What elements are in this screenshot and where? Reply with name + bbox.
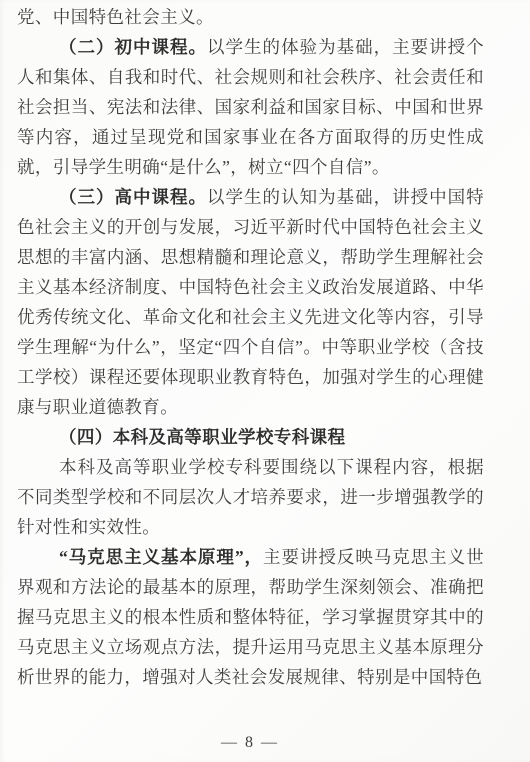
paragraph-body-text: 以学生的体验为基础，主要讲授个人和集体、自我和时代、社会规则和社会秩序、社会责任… [17, 37, 484, 177]
paragraph-heading-text: （四）本科及高等职业学校专科课程 [59, 427, 345, 447]
document-page: 党、中国特色社会主义。（二）初中课程。以学生的体验为基础，主要讲授个人和集体、自… [0, 0, 530, 762]
paragraph-heading-undergraduate: （四）本科及高等职业学校专科课程 [17, 422, 484, 452]
paragraph-heading-text: （二）初中课程。 [59, 37, 207, 57]
page-number: — 8 — [0, 734, 500, 752]
paragraph-senior-high-course: （三）高中课程。以学生的认知为基础，讲授中国特色社会主义的开创与发展，习近平新时… [17, 182, 484, 422]
paragraph-body-text: 党、中国特色社会主义。 [17, 7, 214, 27]
paragraph-junior-middle-course: （二）初中课程。以学生的体验为基础，主要讲授个人和集体、自我和时代、社会规则和社… [17, 32, 484, 182]
paragraph-heading-text: （三）高中课程。 [59, 187, 207, 207]
paragraph-marxism-principles: “马克思主义基本原理”，主要讲授反映马克思主义世界观和方法论的最基本的原理，帮助… [17, 542, 484, 692]
paragraph-body-text: 本科及高等职业学校专科要围绕以下课程内容，根据不同类型学校和不同层次人才培养要求… [17, 457, 484, 537]
paragraph-body-text: 主要讲授反映马克思主义世界观和方法论的最基本的原理，帮助学生深刻领会、准确把握马… [17, 547, 484, 687]
paragraph-undergraduate-intro: 本科及高等职业学校专科要围绕以下课程内容，根据不同类型学校和不同层次人才培养要求… [17, 452, 484, 542]
paragraph-body-text: 以学生的认知为基础，讲授中国特色社会主义的开创与发展，习近平新时代中国特色社会主… [17, 187, 484, 417]
document-body: 党、中国特色社会主义。（二）初中课程。以学生的体验为基础，主要讲授个人和集体、自… [17, 2, 484, 692]
paragraph-continuation: 党、中国特色社会主义。 [17, 2, 484, 32]
paragraph-heading-text: “马克思主义基本原理”， [59, 547, 263, 567]
